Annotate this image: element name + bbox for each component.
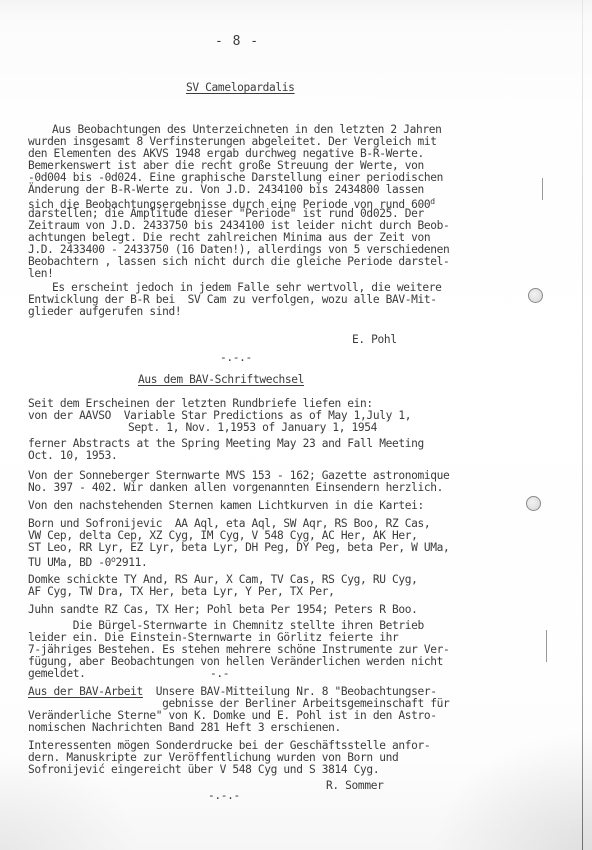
text-line: TU UMa, BD -0o2911. — [28, 554, 147, 569]
text-line: glieder aufgerufen sind! — [28, 306, 181, 318]
scan-shadow — [432, 730, 592, 850]
text-line: ST Leo, RR Lyr, EZ Lyr, beta Lyr, DH Peg… — [28, 542, 449, 554]
separator: -.-.- — [208, 790, 240, 802]
text-line: Juhn sandte RZ Cas, TX Her; Pohl beta Pe… — [28, 604, 418, 616]
text-line: gemeldet. — [28, 668, 85, 680]
separator: -.- — [210, 668, 229, 680]
signature: E. Pohl — [352, 334, 397, 346]
signature: R. Sommer — [326, 780, 383, 792]
text-line: Änderung der B-R-Werte zu. Von J.D. 2434… — [28, 184, 424, 196]
text-line: Sofronijević eingereicht über V 548 Cyg … — [28, 764, 379, 776]
text-line: Sept. 1, Nov. 1,1953 of January 1, 1954 — [128, 422, 377, 434]
text-line: Beobachtern , lassen sich nicht durch di… — [28, 256, 449, 268]
page-number: - 8 - — [215, 36, 259, 48]
margin-mark — [546, 630, 547, 662]
punch-hole — [526, 496, 541, 511]
superscript: d — [430, 197, 434, 206]
punch-hole — [528, 288, 543, 303]
text-span: 2911. — [115, 556, 147, 569]
text-line: fügung, aber Beobachtungen von hellen Ve… — [28, 656, 443, 668]
page-edge — [582, 0, 583, 850]
text-line: Oct. 10, 1953. — [28, 450, 117, 462]
text-line: AF Cyg, TW Dra, TX Her, beta Lyr, Y Per,… — [28, 586, 335, 598]
text-line: len! — [28, 268, 54, 280]
text-line: nomischen Nachrichten Band 281 Heft 3 er… — [28, 722, 341, 734]
text-span: TU UMa, BD -0 — [28, 556, 111, 569]
section-title: Aus dem BAV-Schriftwechsel — [138, 374, 304, 386]
text-line: No. 397 - 402. Wir danken allen vorgenan… — [28, 482, 443, 494]
text-line: Von den nachstehenden Sternen kamen Lich… — [28, 500, 424, 512]
separator: -.-.- — [220, 352, 252, 364]
scanned-page: - 8 - SV Camelopardalis Aus Beobachtunge… — [0, 0, 592, 850]
margin-mark — [542, 178, 543, 200]
section-title: SV Camelopardalis — [186, 82, 295, 94]
